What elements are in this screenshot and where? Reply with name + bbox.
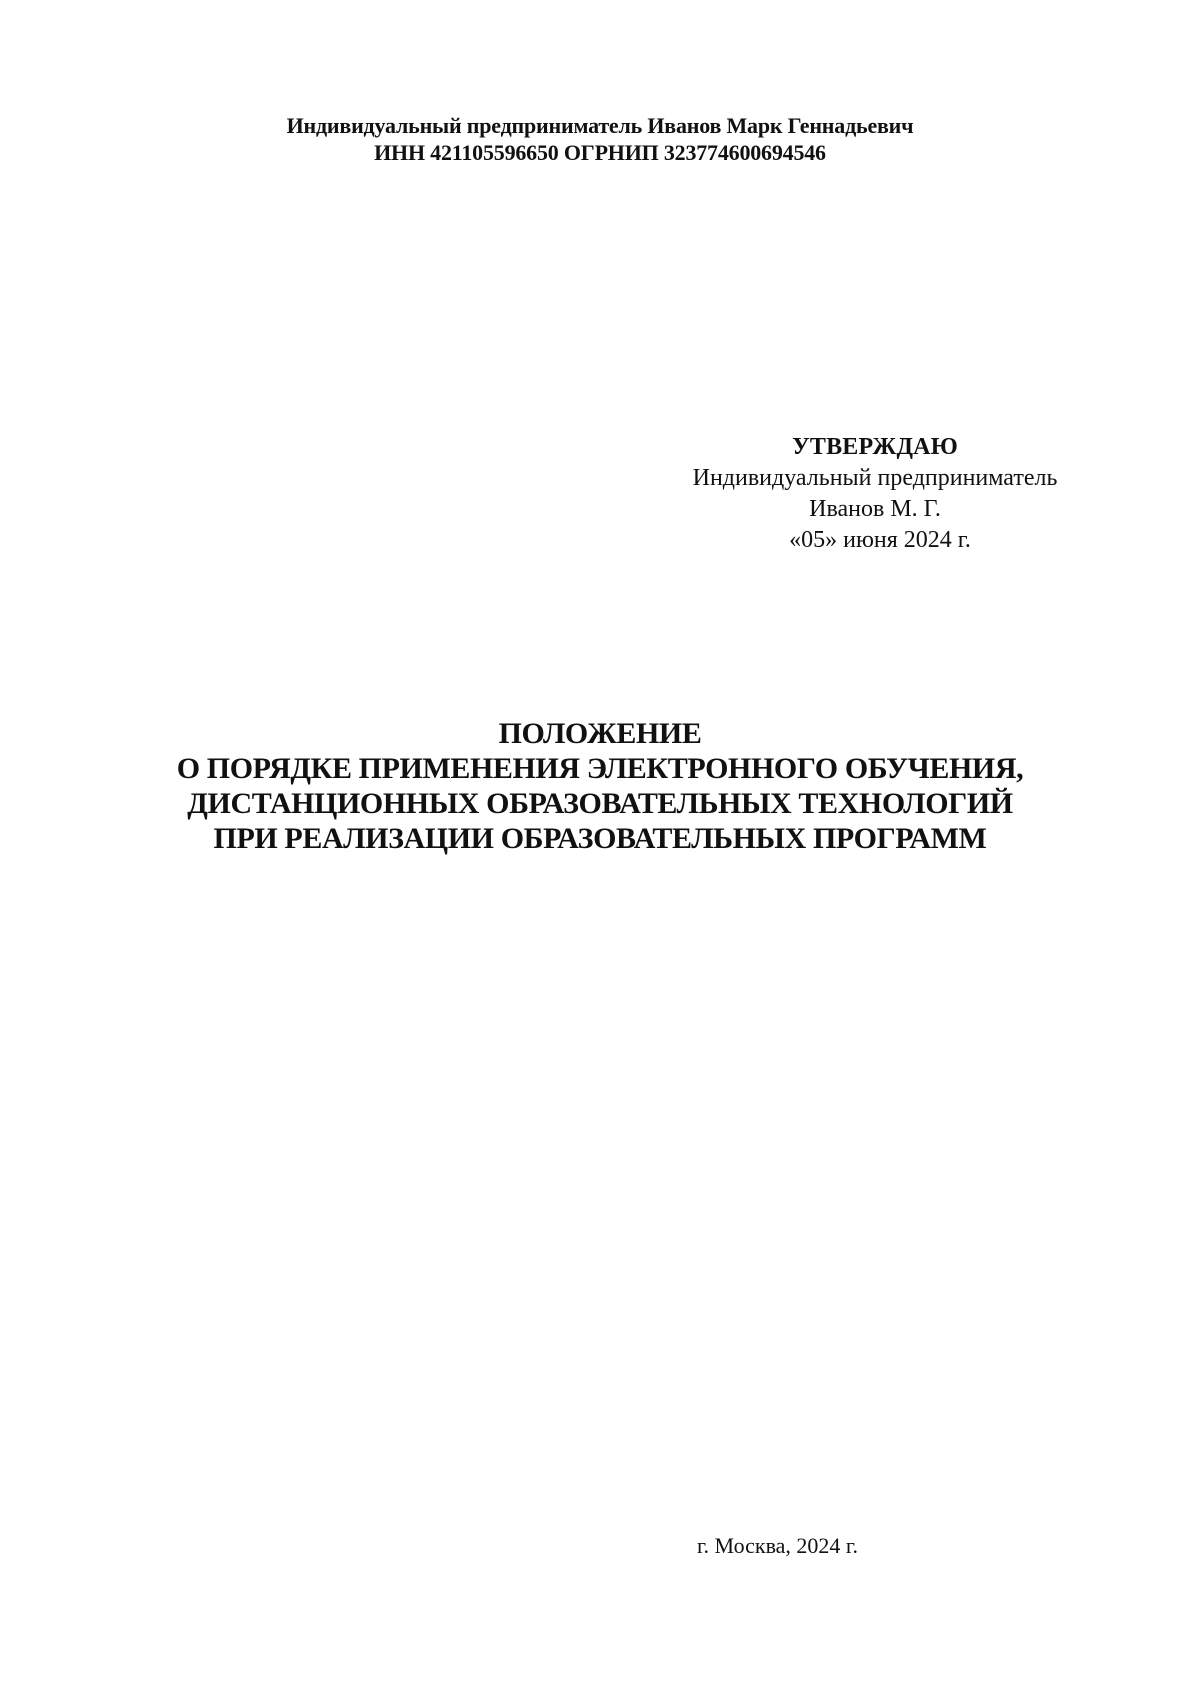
title-line: О ПОРЯДКЕ ПРИМЕНЕНИЯ ЭЛЕКТРОННОГО ОБУЧЕН… (0, 751, 1200, 786)
title-line: ПРИ РЕАЛИЗАЦИИ ОБРАЗОВАТЕЛЬНЫХ ПРОГРАММ (0, 821, 1200, 856)
title-line: ДИСТАНЦИОННЫХ ОБРАЗОВАТЕЛЬНЫХ ТЕХНОЛОГИЙ (0, 786, 1200, 821)
place-year-text: г. Москва, 2024 г. (697, 1532, 858, 1560)
document-page: Индивидуальный предприниматель Иванов Ма… (0, 0, 1200, 1697)
place-and-year: г. Москва, 2024 г. (0, 1532, 1200, 1560)
approval-date: «05» июня 2024 г. (655, 525, 1095, 556)
title-line: ПОЛОЖЕНИЕ (0, 716, 1200, 751)
approval-heading: УТВЕРЖДАЮ (655, 432, 1095, 463)
approver-position: Индивидуальный предприниматель (655, 463, 1095, 494)
document-title: ПОЛОЖЕНИЕ О ПОРЯДКЕ ПРИМЕНЕНИЯ ЭЛЕКТРОНН… (0, 716, 1200, 856)
entrepreneur-header: Индивидуальный предприниматель Иванов Ма… (0, 112, 1200, 166)
approver-name: Иванов М. Г. (655, 494, 1095, 525)
registration-numbers-line: ИНН 421105596650 ОГРНИП 323774600694546 (0, 139, 1200, 166)
approval-block: УТВЕРЖДАЮ Индивидуальный предприниматель… (655, 432, 1095, 556)
entrepreneur-name-line: Индивидуальный предприниматель Иванов Ма… (0, 112, 1200, 139)
